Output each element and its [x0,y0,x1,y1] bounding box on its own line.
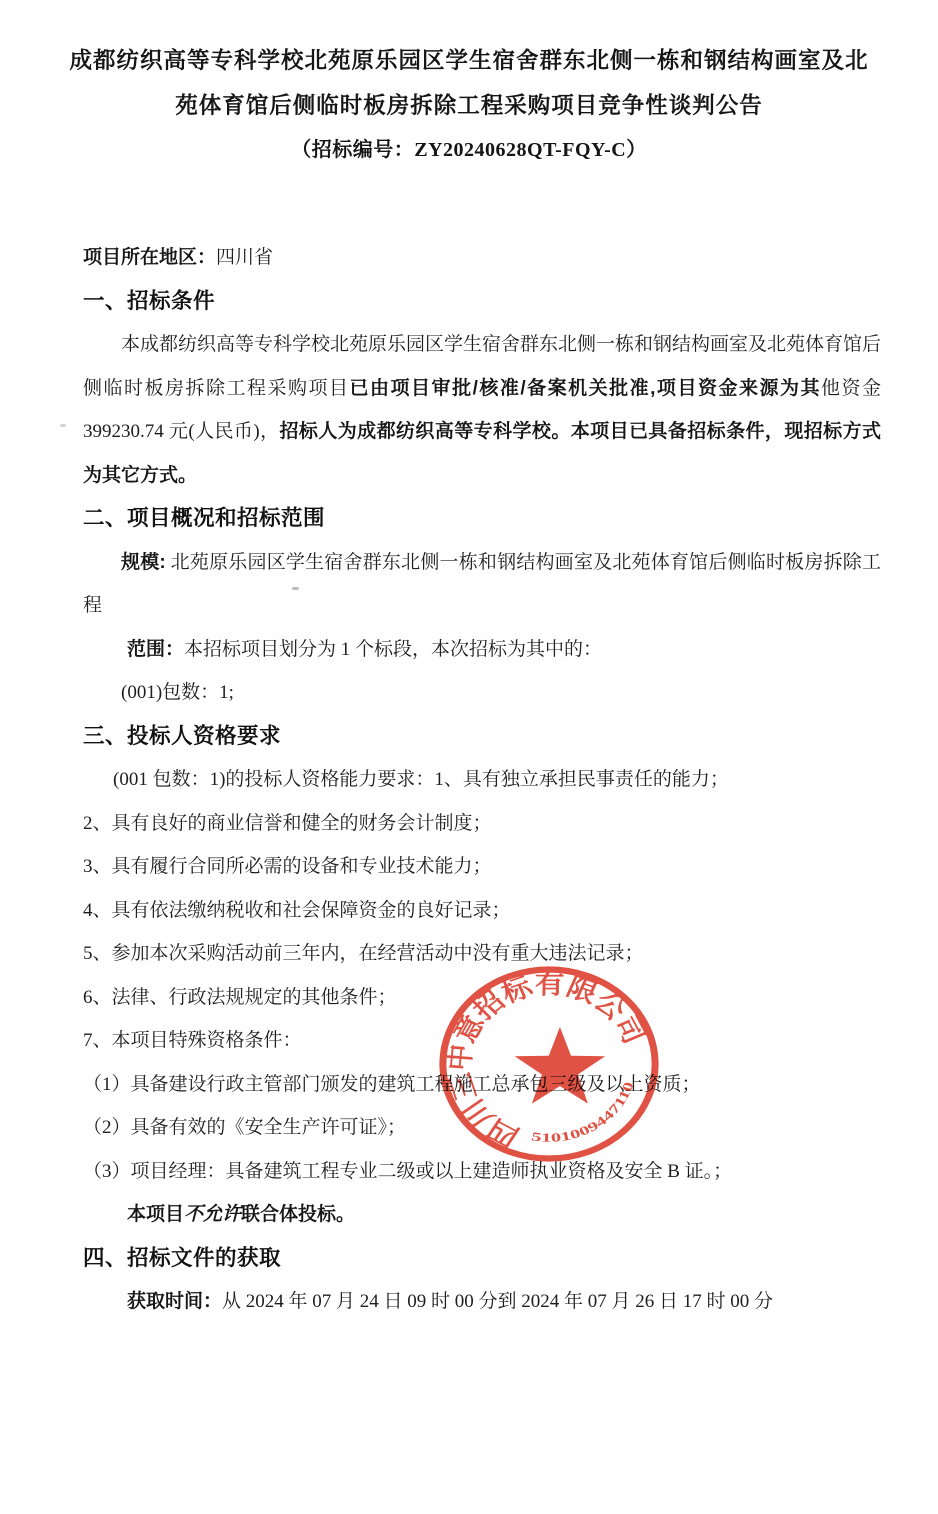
special-item-2: （2）具备有效的《安全生产许可证》； [83,1106,881,1150]
document-page: 成都纺织高等专科学校北苑原乐园区学生宿舍群东北侧一栋和钢结构画室及北 苑体育馆后… [0,0,938,1514]
bid-number: （招标编号：ZY20240628QT-FQY-C） [20,128,918,173]
obtain-time-value: 从 2024 年 07 月 24 日 09 时 00 分到 2024 年 07 … [222,1291,773,1312]
doc-title-line-1: 成都纺织高等专科学校北苑原乐园区学生宿舍群东北侧一栋和钢结构画室及北 [20,38,918,83]
scan-artifact [292,587,299,590]
special-item-3: （3）项目经理：具备建筑工程专业二级或以上建造师执业资格及安全 B 证。； [83,1150,881,1194]
package-line: (001)包数：1; [83,671,881,715]
section-1-heading: 一、招标条件 [83,280,881,324]
qualification-item-5: 5、参加本次采购活动前三年内，在经营活动中没有重大违法记录； [83,932,881,976]
section-3-heading: 三、投标人资格要求 [83,715,881,759]
document-title: 成都纺织高等专科学校北苑原乐园区学生宿舍群东北侧一栋和钢结构画室及北 苑体育馆后… [20,38,918,173]
s1-bold-1: 已由项目审批/核准/备案机关批准,项目资金来源为其 [350,378,821,399]
obtain-time-label: 获取时间： [127,1291,222,1312]
section-1-paragraph: 本成都纺织高等专科学校北苑原乐园区学生宿舍群东北侧一栋和钢结构画室及北苑体育馆后… [83,323,881,497]
section-2-heading: 二、项目概况和招标范围 [83,497,881,541]
joint-bid-pre: 本项目 [127,1204,184,1225]
qualification-item-4: 4、具有依法缴纳税收和社会保障资金的良好记录； [83,889,881,933]
joint-bid-line: 本项目不允许联合体投标。 [83,1193,881,1237]
scan-artifact [60,424,66,427]
scope-label: 范围： [127,639,184,660]
qualification-item-2: 2、具有良好的商业信誉和健全的财务会计制度； [83,802,881,846]
qualification-intro: (001 包数：1)的投标人资格能力要求：1、具有独立承担民事责任的能力； [83,758,881,802]
qualification-item-6: 6、法律、行政法规规定的其他条件； [83,976,881,1020]
qualification-item-3: 3、具有履行合同所必需的设备和专业技术能力； [83,845,881,889]
scope-line: 范围：本招标项目划分为 1 个标段，本次招标为其中的： [83,628,881,672]
scale-text: 北苑原乐园区学生宿舍群东北侧一栋和钢结构画室及北苑体育馆后侧临时板房拆除工程 [83,552,881,617]
document-body: 项目所在地区：四川省 一、招标条件 本成都纺织高等专科学校北苑原乐园区学生宿舍群… [83,236,881,1324]
scope-text: 本招标项目划分为 1 个标段，本次招标为其中的： [184,639,602,660]
section-4-heading: 四、招标文件的获取 [83,1237,881,1281]
joint-bid-not-allowed: 不允许 [184,1204,241,1225]
project-location-line: 项目所在地区：四川省 [83,236,881,280]
location-value: 四川省 [216,247,273,268]
scale-paragraph: 规模: 北苑原乐园区学生宿舍群东北侧一栋和钢结构画室及北苑体育馆后侧临时板房拆除… [83,541,881,628]
scale-label: 规模: [121,552,166,573]
doc-title-line-2: 苑体育馆后侧临时板房拆除工程采购项目竞争性谈判公告 [20,83,918,128]
special-item-1: （1）具备建设行政主管部门颁发的建筑工程施工总承包三级及以上资质； [83,1063,881,1107]
joint-bid-post: 联合体投标。 [241,1204,355,1225]
obtain-time-line: 获取时间：从 2024 年 07 月 24 日 09 时 00 分到 2024 … [83,1280,881,1324]
qualification-item-7: 7、本项目特殊资格条件： [83,1019,881,1063]
location-label: 项目所在地区： [83,247,216,268]
